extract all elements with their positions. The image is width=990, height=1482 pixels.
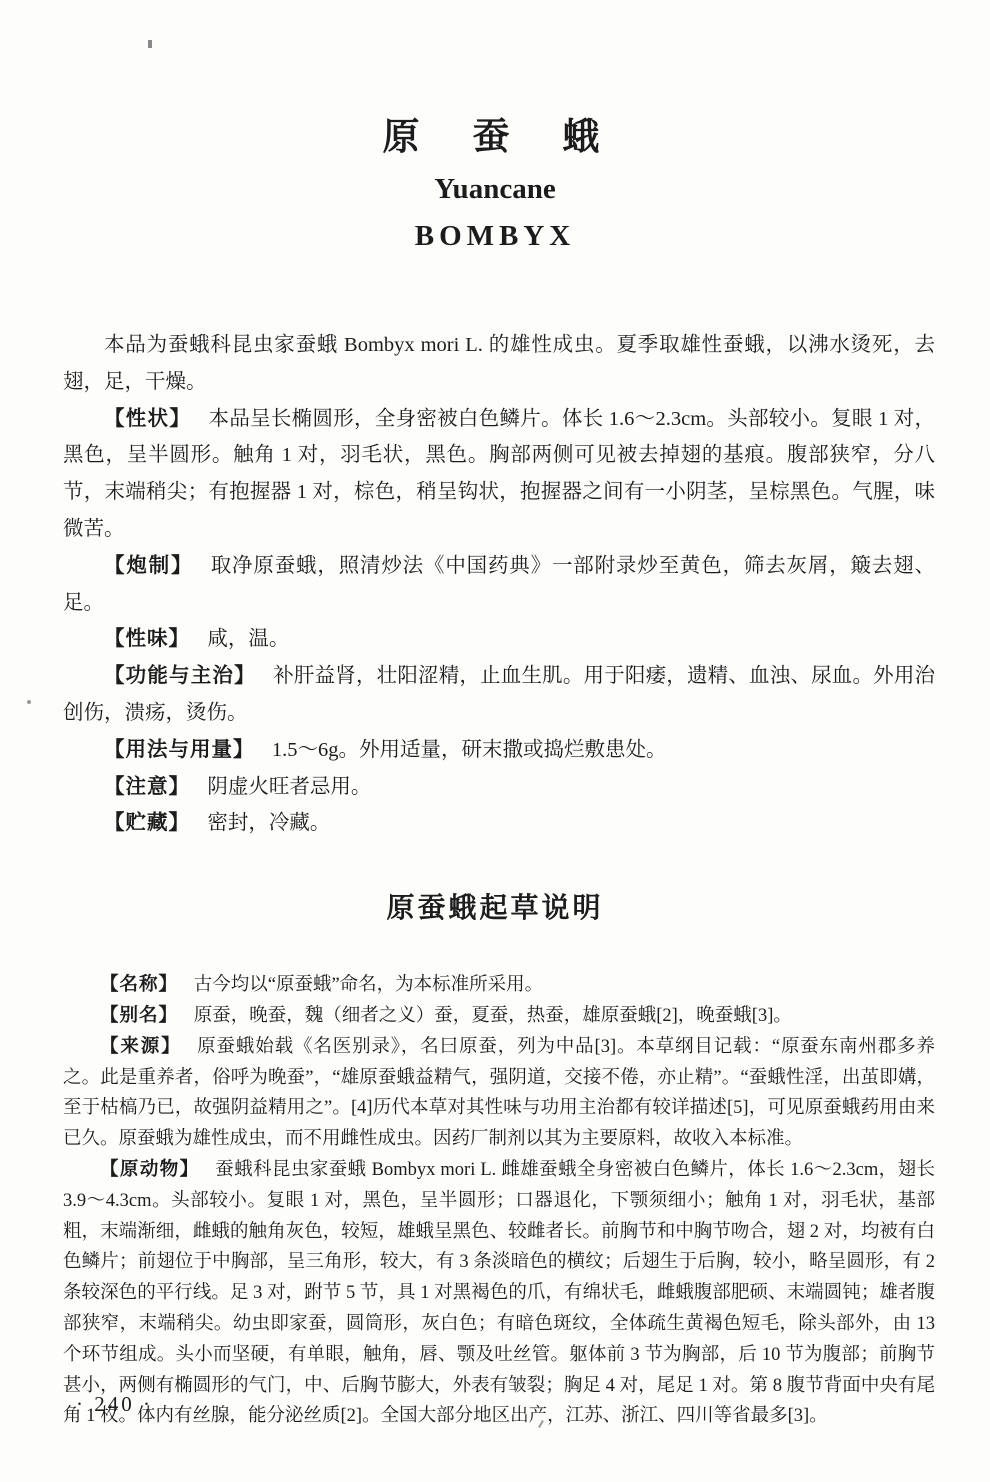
monograph-body: 本品为蚕蛾科昆虫家蚕蛾 Bombyx mori L. 的雄性成虫。夏季取雄性蚕蛾…	[63, 327, 935, 842]
section-label-xingwei: 【性味】	[104, 628, 190, 650]
document-page: 原 蚕 蛾 Yuancane BOMBYX 本品为蚕蛾科昆虫家蚕蛾 Bombyx…	[0, 0, 990, 1482]
page-title-latin: BOMBYX	[0, 219, 990, 253]
section-text-mingcheng: 古今均以“原蚕蛾”命名，为本标准所采用。	[194, 975, 543, 995]
section-text-laiyuan: 原蚕蛾始载《名医别录》，名曰原蚕，列为中品[3]。本草纲目记载：“原蚕东南州郡多…	[63, 1037, 935, 1149]
section-text-xingzhuang: 本品呈长椭圆形，全身密被白色鳞片。体长 1.6～2.3cm。头部较小。复眼 1 …	[63, 408, 935, 540]
paragraph-laiyuan: 【来源】原蚕蛾始载《名医别录》，名曰原蚕，列为中品[3]。本草纲目记载：“原蚕东…	[63, 1032, 935, 1155]
section-text-yongfa: 1.5～6g。外用适量，研末撒或捣烂敷患处。	[272, 739, 667, 761]
page-title-pinyin: Yuancane	[0, 172, 990, 206]
section-label-zhuyi: 【注意】	[104, 776, 190, 798]
paragraph-zhuyi: 【注意】阴虚火旺者忌用。	[63, 769, 935, 806]
title-block: 原 蚕 蛾 Yuancane BOMBYX	[0, 0, 990, 253]
scan-artifact	[148, 40, 152, 48]
section-text-paozhi: 取净原蚕蛾，照清炒法《中国药典》一部附录炒至黄色，筛去灰屑，簸去翅、足。	[63, 555, 935, 614]
section-text-xingwei: 咸，温。	[207, 628, 289, 650]
paragraph-yuandongwu: 【原动物】蚕蛾科昆虫家蚕蛾 Bombyx mori L. 雌雄蚕蛾全身密被白色鳞…	[63, 1155, 935, 1432]
scan-artifact	[27, 700, 31, 704]
section-label-laiyuan: 【来源】	[100, 1037, 181, 1057]
section-label-zhucang: 【贮藏】	[104, 812, 190, 834]
paragraph-mingcheng: 【名称】古今均以“原蚕蛾”命名，为本标准所采用。	[63, 970, 935, 1001]
page-title-chinese: 原 蚕 蛾	[0, 116, 990, 160]
page-number: · 240 ·	[76, 1392, 153, 1417]
paragraph-yongfa: 【用法与用量】1.5～6g。外用适量，研末撒或捣烂敷患处。	[63, 732, 935, 769]
paragraph-xingwei: 【性味】咸，温。	[63, 621, 935, 658]
section-label-yongfa: 【用法与用量】	[104, 739, 255, 761]
section-label-gongneng: 【功能与主治】	[104, 665, 256, 687]
section-label-paozhi: 【炮制】	[104, 555, 193, 577]
section-text-zhuyi: 阴虚火旺者忌用。	[207, 776, 371, 798]
section-text-bieming: 原蚕，晚蚕，魏（细者之义）蚕，夏蚕，热蚕，雄原蚕蛾[2]，晚蚕蛾[3]。	[194, 1006, 792, 1026]
paragraph-bieming: 【别名】原蚕，晚蚕，魏（细者之义）蚕，夏蚕，热蚕，雄原蚕蛾[2]，晚蚕蛾[3]。	[63, 1001, 935, 1032]
paragraph-paozhi: 【炮制】取净原蚕蛾，照清炒法《中国药典》一部附录炒至黄色，筛去灰屑，簸去翅、足。	[63, 548, 935, 622]
section-label-bieming: 【别名】	[100, 1006, 178, 1026]
section-label-mingcheng: 【名称】	[100, 975, 178, 995]
draft-notes-body: 【名称】古今均以“原蚕蛾”命名，为本标准所采用。 【别名】原蚕，晚蚕，魏（细者之…	[63, 970, 935, 1432]
paragraph-xingzhuang: 【性状】本品呈长椭圆形，全身密被白色鳞片。体长 1.6～2.3cm。头部较小。复…	[63, 401, 935, 548]
paragraph-zhucang: 【贮藏】密封，冷藏。	[63, 805, 935, 842]
section-label-xingzhuang: 【性状】	[104, 408, 191, 430]
draft-notes-heading: 原蚕蛾起草说明	[0, 886, 990, 926]
section-label-yuandongwu: 【原动物】	[100, 1160, 200, 1180]
section-text-zhucang: 密封，冷藏。	[207, 812, 330, 834]
paragraph-gongneng: 【功能与主治】补肝益肾，壮阳涩精，止血生肌。用于阳痿，遗精、血浊、尿血。外用治创…	[63, 658, 935, 732]
section-text-yuandongwu: 蚕蛾科昆虫家蚕蛾 Bombyx mori L. 雌雄蚕蛾全身密被白色鳞片，体长 …	[63, 1160, 935, 1426]
intro-paragraph: 本品为蚕蛾科昆虫家蚕蛾 Bombyx mori L. 的雄性成虫。夏季取雄性蚕蛾…	[63, 327, 935, 401]
